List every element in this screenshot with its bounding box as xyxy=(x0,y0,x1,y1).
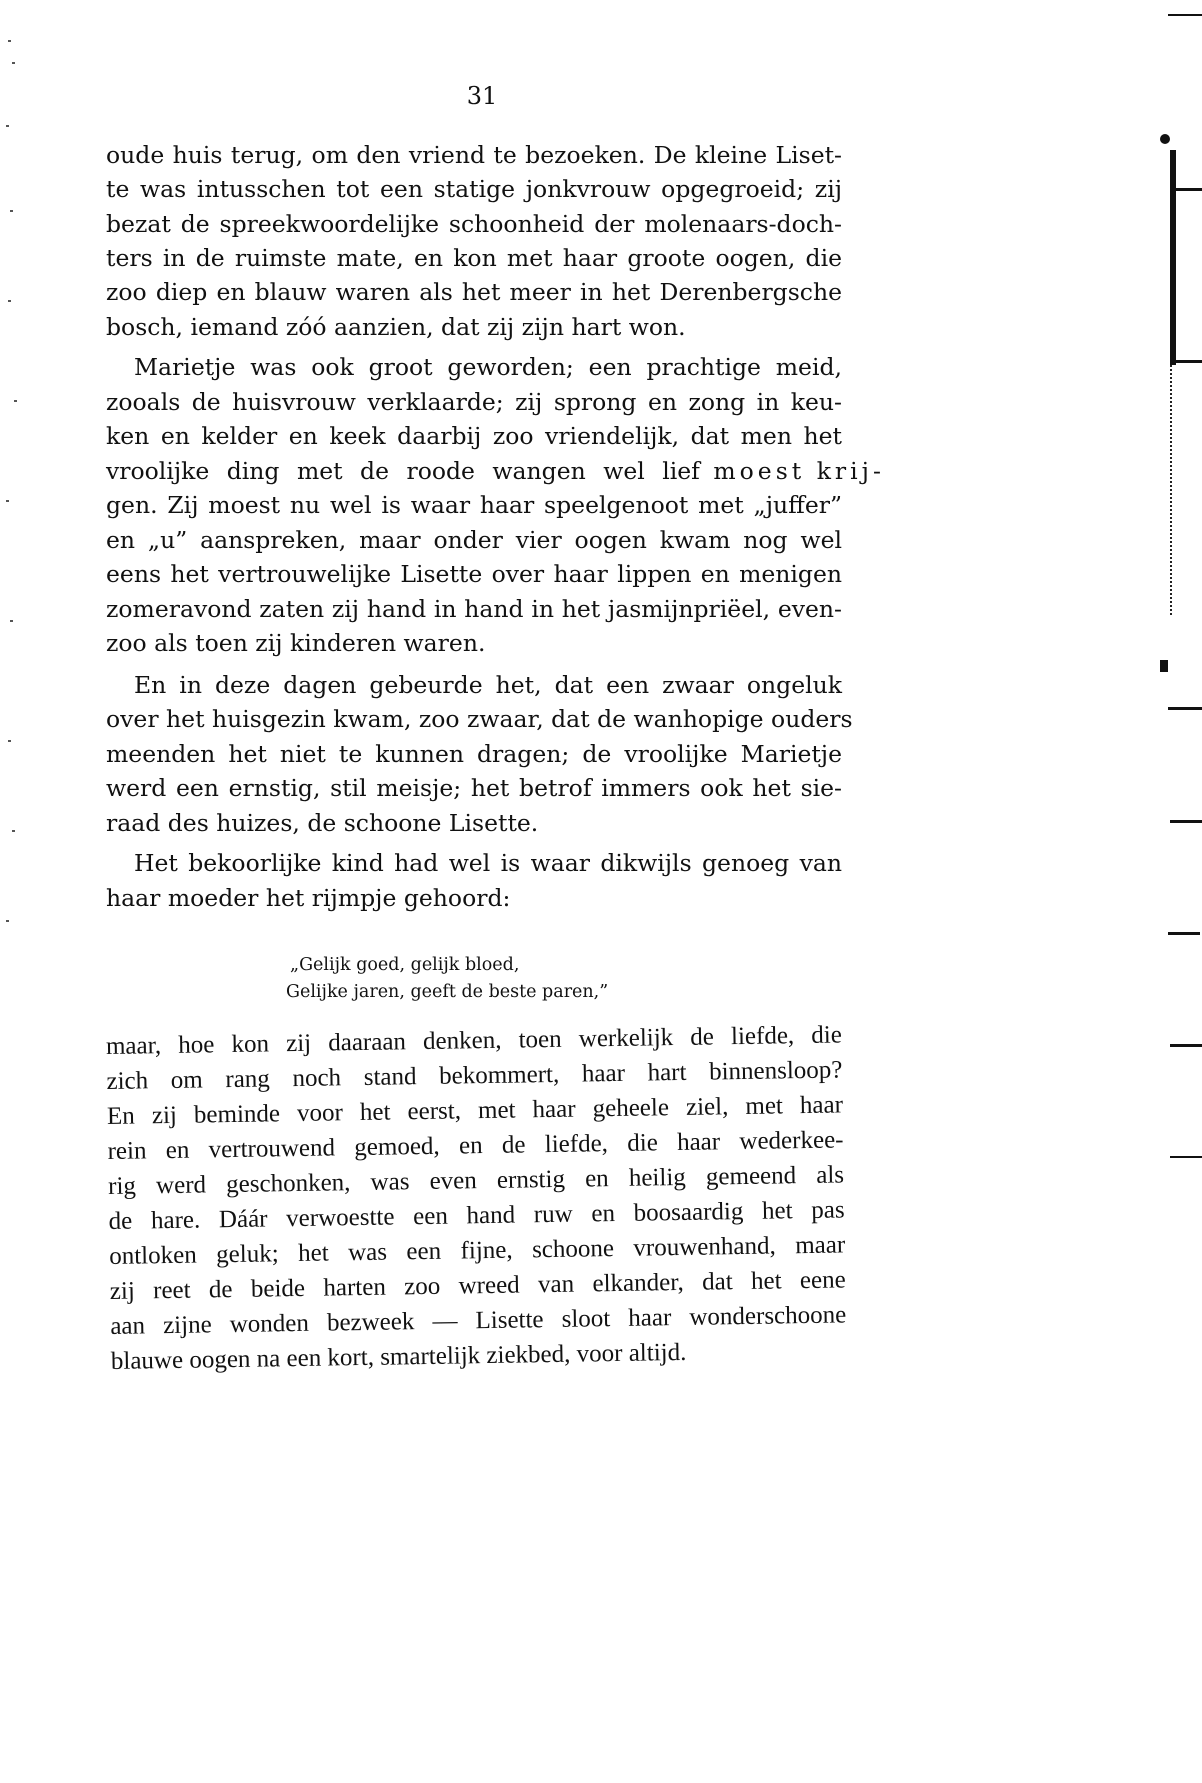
text-line: gen. Zij moest nu wel is waar haar speel… xyxy=(106,488,842,522)
page-number: 31 xyxy=(462,82,502,110)
binding-tick xyxy=(1168,707,1202,710)
scan-speck xyxy=(12,830,15,832)
text-line: Marietje was ook groot geworden; een pra… xyxy=(106,350,842,384)
text-line: zomeravond zaten zij hand in hand in het… xyxy=(106,592,842,626)
text-line: haar moeder het rijmpje gehoord: xyxy=(106,881,842,915)
binding-tick xyxy=(1168,932,1200,935)
binding-tick xyxy=(1168,14,1202,16)
emphasized-text: moest krij- xyxy=(713,457,885,485)
binding-blot xyxy=(1160,660,1168,672)
text-line: te was intusschen tot een statige jonkvr… xyxy=(106,172,842,206)
text-span: vroolijke ding met de roode wangen wel l… xyxy=(106,457,700,485)
binding-dotted-line xyxy=(1170,365,1174,615)
text-line: zoo als toen zij kinderen waren. xyxy=(106,626,842,660)
text-line: zooals de huisvrouw verklaarde; zij spro… xyxy=(106,385,842,419)
text-line: en „u” aanspreken, maar onder vier oogen… xyxy=(106,523,842,557)
text-line: raad des huizes, de schoone Lisette. xyxy=(106,806,842,840)
text-line: En in deze dagen gebeurde het, dat een z… xyxy=(106,668,842,702)
scan-speck xyxy=(6,500,9,502)
binding-tick xyxy=(1170,1044,1202,1047)
binding-tick xyxy=(1170,1156,1202,1158)
binding-tick xyxy=(1170,360,1202,363)
poem-line: Gelijke jaren, geeft de beste paren,” xyxy=(286,979,608,1005)
binding-tick xyxy=(1170,188,1202,191)
text-line: over het huisgezin kwam, zoo zwaar, dat … xyxy=(106,702,842,736)
text-line: bezat de spreekwoordelijke schoonheid de… xyxy=(106,207,842,241)
binding-tick xyxy=(1170,820,1202,823)
scan-speck xyxy=(8,300,11,302)
text-line: meenden het niet te kunnen dragen; de vr… xyxy=(106,737,842,771)
scan-speck xyxy=(12,62,15,64)
binding-blot xyxy=(1160,134,1170,144)
binding-bar xyxy=(1170,150,1176,365)
text-line: ken en kelder en keek daarbij zoo vriend… xyxy=(106,419,842,453)
text-line: zoo diep en blauw waren als het meer in … xyxy=(106,275,842,309)
scan-speck xyxy=(8,740,11,742)
scan-speck xyxy=(14,400,17,402)
scan-speck xyxy=(10,210,13,212)
text-line: ters in de ruimste mate, en kon met haar… xyxy=(106,241,842,275)
text-line: Het bekoorlijke kind had wel is waar dik… xyxy=(106,846,842,880)
scan-speck xyxy=(6,920,9,922)
scan-speck xyxy=(10,620,13,622)
poem-line: „Gelijk goed, gelijk bloed, xyxy=(290,952,519,978)
text-line: vroolijke ding met de roode wangen wel l… xyxy=(106,454,842,488)
text-line: werd een ernstig, stil meisje; het betro… xyxy=(106,771,842,805)
paragraph-5: maar, hoe kon zij daaraan denken, toen w… xyxy=(0,0,1185,2)
text-line: eens het vertrouwelijke Lisette over haa… xyxy=(106,557,842,591)
scan-speck xyxy=(8,40,11,42)
scan-speck xyxy=(6,125,9,127)
text-line: bosch, iemand zóó aanzien, dat zij zijn … xyxy=(106,310,842,344)
text-line: oude huis terug, om den vriend te bezoek… xyxy=(106,138,842,172)
